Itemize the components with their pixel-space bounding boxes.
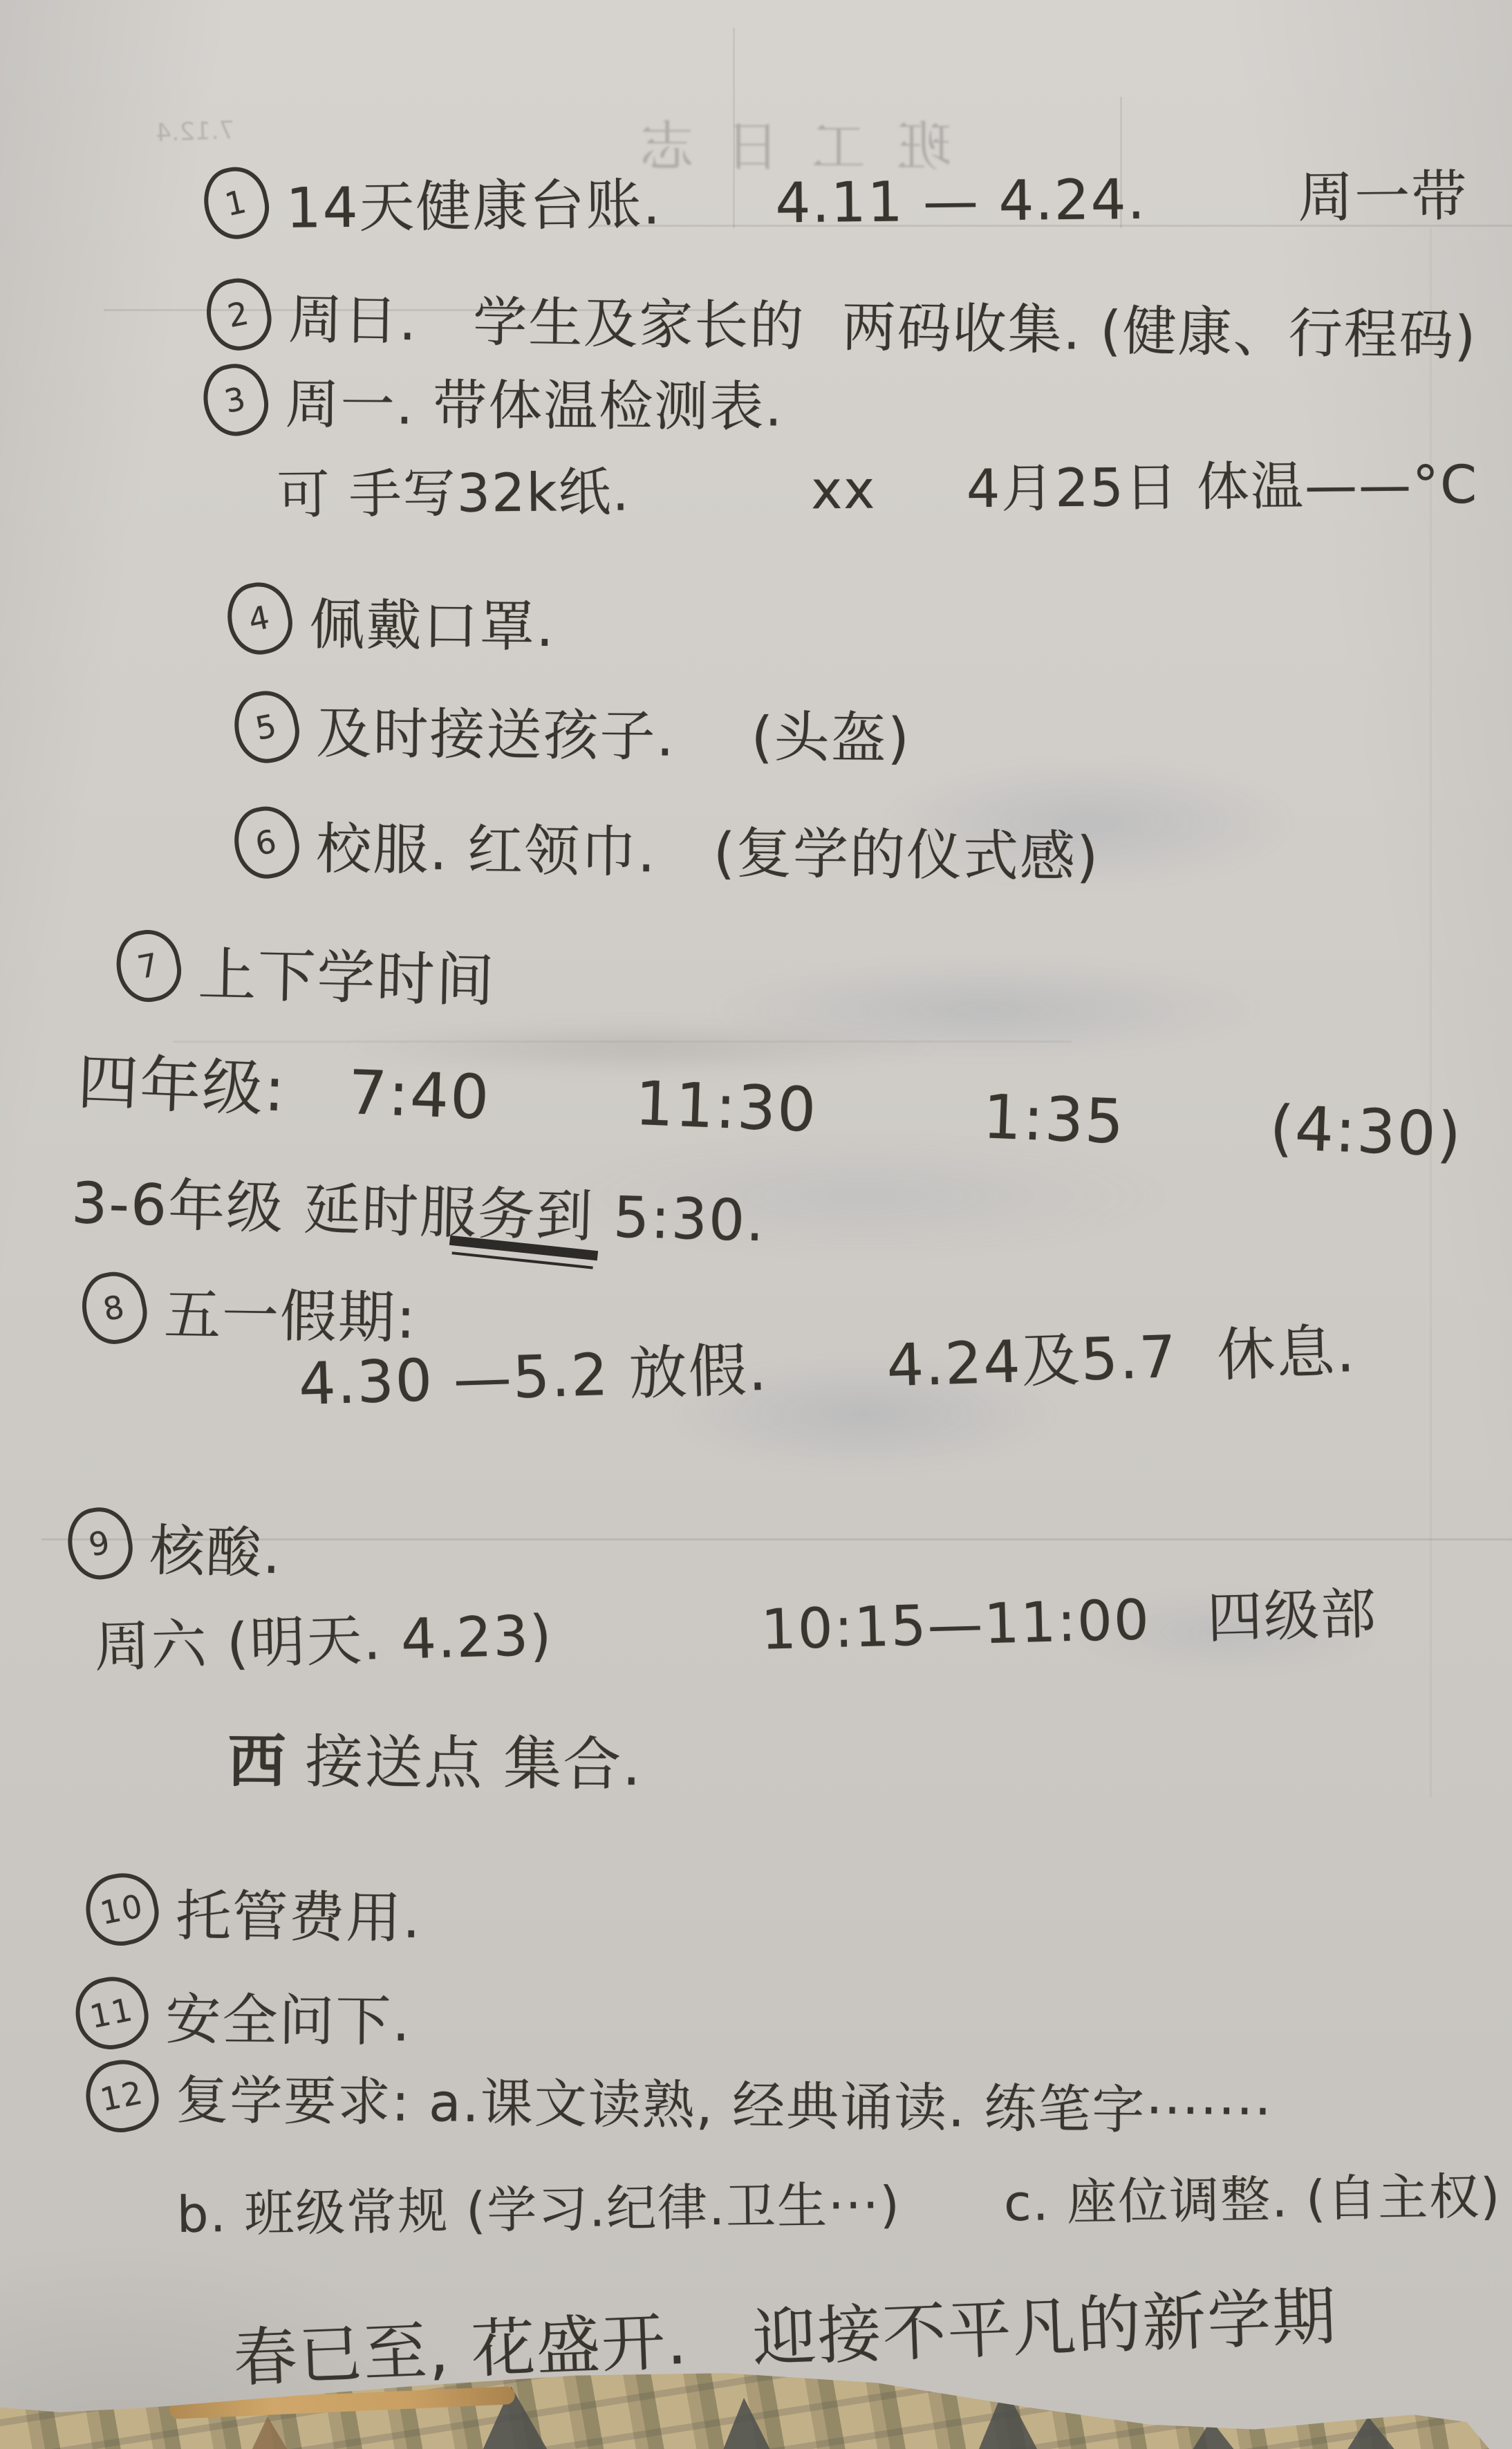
circled-number-6: 6	[228, 801, 305, 884]
note-line-16-text: 托管费用.	[176, 1871, 422, 1953]
note-line-3: 3 周一. 带体温检测表.	[203, 361, 783, 441]
circled-number-4: 4	[221, 577, 298, 660]
note-line-1: 1 14天健康台账. 4.11 — 4.24. 周一带	[204, 151, 1468, 244]
note-line-6: 5 及时接送孩子. (头盔)	[234, 688, 911, 774]
note-line-10-afterschool: 3-6年级 延时服务到 5:30.	[71, 1158, 767, 1257]
note-line-3-text: 周一. 带体温检测表.	[285, 362, 783, 442]
note-line-15-meeting-point: 西 接送点 集合.	[227, 1715, 642, 1802]
circled-number-2: 2	[200, 273, 277, 356]
circled-number-11: 11	[69, 1971, 154, 2056]
note-line-8-text: 上下学时间	[197, 928, 496, 1018]
note-line-17-text: 安全问下.	[165, 1975, 411, 2056]
bleed-through-corner-mark: 7.12.4	[155, 116, 235, 147]
circled-number-9: 9	[62, 1502, 138, 1585]
note-line-4: 可 手写32k纸. xx 4月25日 体温——°C 家长:——	[277, 440, 1512, 528]
note-line-2: 2 周日. 学生及家长的 两码收集. (健康、行程码)	[206, 275, 1477, 371]
note-line-13: 9 核酸.	[67, 1504, 283, 1589]
note-line-18: 12 复学要求: a.课文读熟, 经典诵读. 练笔字·······	[86, 2057, 1273, 2145]
note-line-12-holiday-dates: 4.30 —5.2 放假. 4.24及5.7 休息.	[297, 1305, 1357, 1422]
note-line-7-text: 校服. 红领巾. (复学的仪式感)	[316, 804, 1100, 892]
note-line-10-text: 3-6年级 延时服务到 5:30.	[71, 1158, 767, 1257]
note-line-15-bold-west: 西	[227, 1715, 288, 1799]
note-line-5-text: 佩戴口罩.	[309, 580, 555, 662]
note-line-18-text: 复学要求: a.课文读熟, 经典诵读. 练笔字·······	[176, 2058, 1273, 2145]
mat-pattern-wedge	[249, 2417, 290, 2449]
note-line-17: 11 安全问下.	[75, 1974, 411, 2056]
circled-number-5: 5	[228, 685, 305, 768]
photo-of-handwritten-note: 班工日志 7.12.4 1 14天健康台账. 4.11 — 4.24. 周一带 …	[0, 0, 1512, 2449]
mat-pattern-wedge	[1343, 2417, 1399, 2449]
note-line-1-text: 14天健康台账. 4.11 — 4.24. 周一带	[286, 151, 1468, 243]
circled-number-1: 1	[197, 161, 274, 245]
mat-pattern-wedge	[719, 2398, 774, 2449]
note-line-2-text: 周日. 学生及家长的 两码收集. (健康、行程码)	[288, 277, 1477, 371]
note-line-8: 7 上下学时间	[115, 926, 496, 1018]
circled-number-12: 12	[80, 2054, 165, 2139]
note-line-19-sub-items: b. 班级常规 (学习.纪律.卫生···) c. 座位调整. (自主权)	[176, 2156, 1502, 2246]
circled-number-3: 3	[197, 358, 274, 441]
note-line-6-text: 及时接送孩子. (头盔)	[316, 689, 911, 773]
note-line-16: 10 托管费用.	[86, 1870, 422, 1953]
note-line-12-text: 4.30 —5.2 放假. 4.24及5.7 休息.	[297, 1305, 1357, 1422]
note-line-15-text: 接送点 集合.	[305, 1715, 642, 1802]
circled-number-10: 10	[80, 1867, 165, 1952]
circled-number-8: 8	[76, 1267, 152, 1350]
note-line-13-text: 核酸.	[149, 1506, 283, 1589]
note-line-7: 6 校服. 红领巾. (复学的仪式感)	[234, 803, 1100, 892]
circled-number-7: 7	[111, 924, 187, 1007]
note-line-5: 4 佩戴口罩.	[227, 579, 555, 662]
note-line-4-text: 可 手写32k纸. xx 4月25日 体温——°C 家长:——	[277, 440, 1512, 528]
notebook-paper: 班工日志 7.12.4 1 14天健康台账. 4.11 — 4.24. 周一带 …	[0, 0, 1512, 2449]
note-line-19-text: b. 班级常规 (学习.纪律.卫生···) c. 座位调整. (自主权)	[176, 2156, 1502, 2246]
